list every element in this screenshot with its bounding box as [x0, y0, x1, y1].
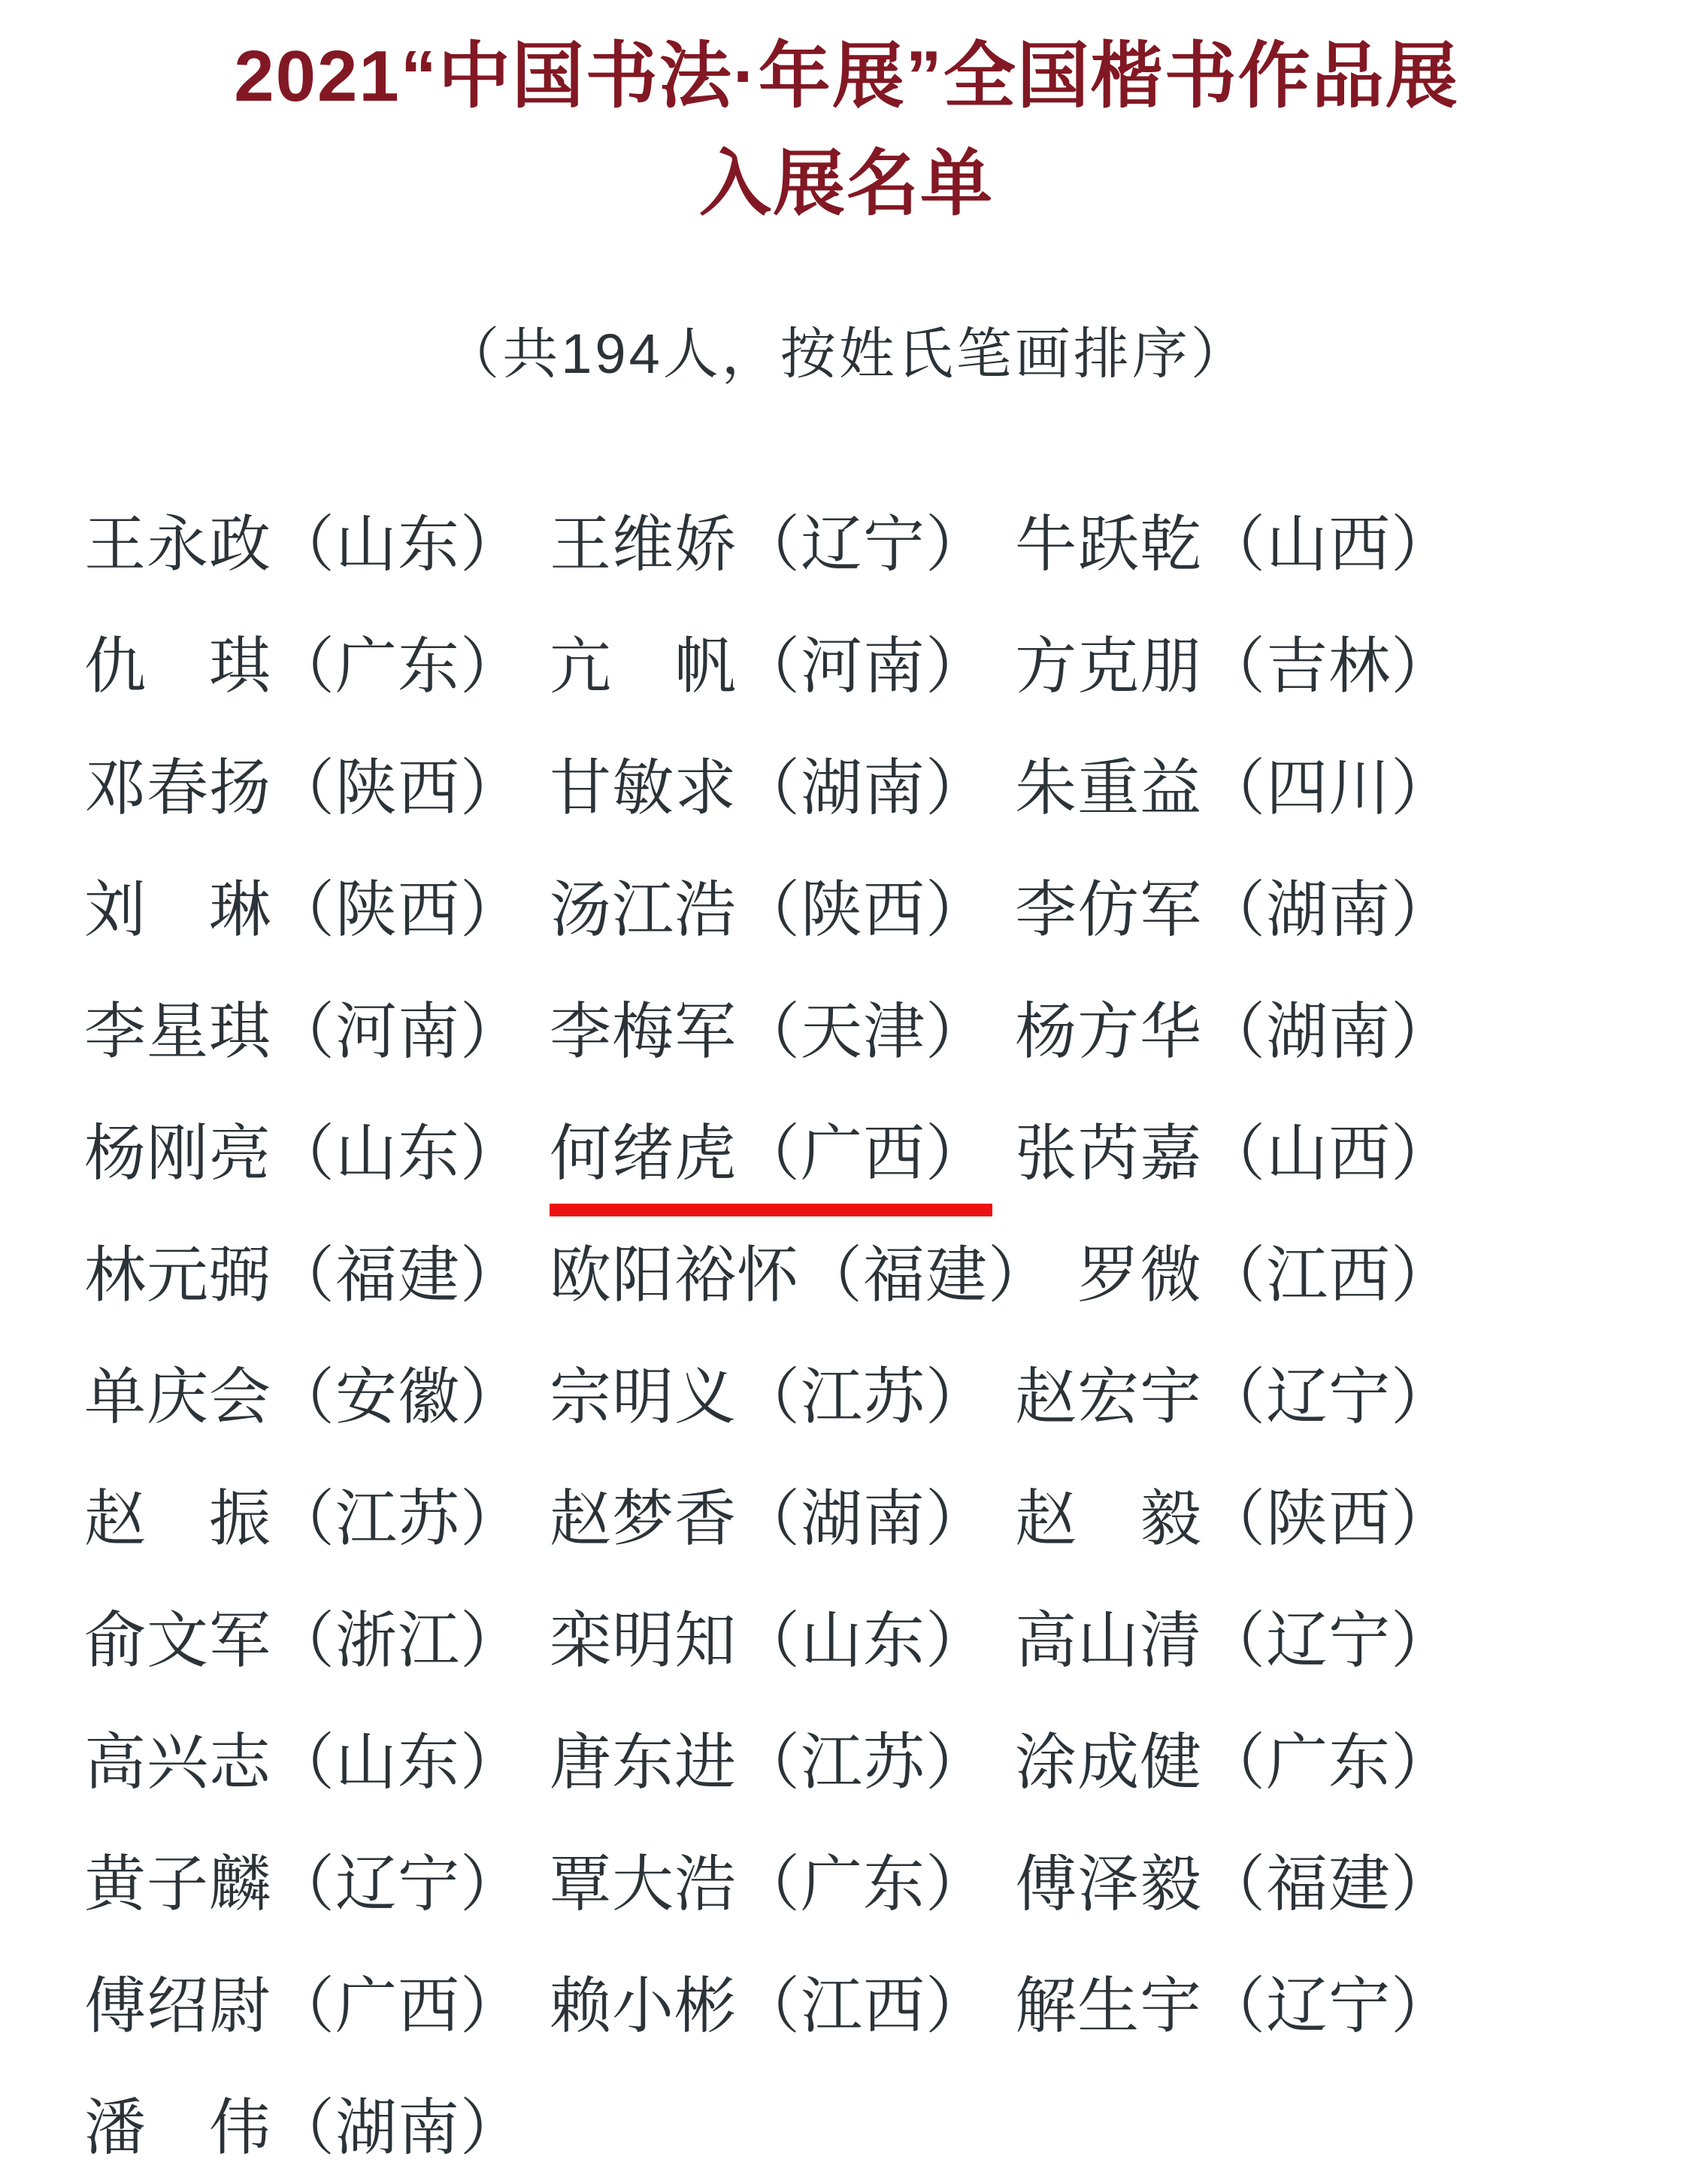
roster-row: 单庆会（安徽）宗明义（江苏）赵宏宇（辽宁） [84, 1331, 1648, 1452]
person-name: 傅绍尉 [84, 1972, 271, 2040]
roster-entry: 唐东进（江苏） [550, 1713, 1015, 1801]
person-name: 唐东进 [550, 1728, 737, 1797]
roster-entry: 宗明义（江苏） [550, 1348, 1015, 1436]
person-name: 亢 帆 [550, 632, 737, 701]
province-label: （辽宁） [1204, 1363, 1453, 1431]
person-name: 赵 毅 [1015, 1485, 1202, 1553]
document-title: 2021“中国书法·年展”全国楷书作品展 入展名单 [0, 23, 1693, 238]
title-line-2: 入展名单 [0, 130, 1693, 238]
roster-entry: 赖小彬（江西） [550, 1957, 1015, 2045]
roster-entry: 朱重益（四川） [1015, 739, 1480, 827]
red-highlight-underline [550, 1204, 992, 1216]
province-label: （广西） [738, 1119, 988, 1188]
person-name: 俞文军 [84, 1607, 271, 1675]
province-label: （福建） [1204, 1850, 1453, 1919]
province-label: （陕西） [273, 754, 522, 822]
province-label: （陕西） [273, 876, 522, 944]
roster-row: 俞文军（浙江）栾明知（山东）高山清（辽宁） [84, 1574, 1648, 1696]
person-name: 高山清 [1015, 1607, 1202, 1675]
roster-entry: 刘 琳（陕西） [84, 861, 550, 949]
person-name: 方克朋 [1015, 632, 1202, 701]
roster: 王永政（山东）王维娇（辽宁）牛跃乾（山西）仇 琪（广东）亢 帆（河南）方克朋（吉… [0, 478, 1693, 2183]
roster-entry: 亢 帆（河南） [550, 617, 1015, 705]
person-name: 杨刚亮 [84, 1119, 271, 1188]
roster-entry: 赵宏宇（辽宁） [1015, 1348, 1480, 1436]
province-label: （山东） [273, 1119, 522, 1188]
roster-entry: 黄子麟（辽宁） [84, 1835, 550, 1923]
roster-row: 赵 振（江苏）赵梦香（湖南）赵 毅（陕西） [84, 1452, 1648, 1574]
roster-entry: 方克朋（吉林） [1015, 617, 1480, 705]
province-label: （辽宁） [1204, 1972, 1453, 2040]
roster-entry: 杨刚亮（山东） [84, 1104, 550, 1192]
person-name: 甘敏求 [550, 754, 737, 822]
roster-entry: 高兴志（山东） [84, 1713, 550, 1801]
roster-entry: 汤江浩（陕西） [550, 861, 1015, 949]
province-label: （福建） [801, 1241, 1050, 1310]
province-label: （陕西） [738, 876, 988, 944]
person-name: 宗明义 [550, 1363, 737, 1431]
person-name: 李仿军 [1015, 876, 1202, 944]
roster-entry: 赵 毅（陕西） [1015, 1470, 1480, 1558]
person-name: 罗微 [1077, 1241, 1202, 1310]
province-label: （四川） [1204, 754, 1453, 822]
roster-entry: 傅绍尉（广西） [84, 1957, 550, 2045]
province-label: （辽宁） [738, 510, 988, 579]
roster-entry: 涂成健（广东） [1015, 1713, 1480, 1801]
province-label: （河南） [273, 998, 522, 1066]
province-label: （天津） [738, 998, 988, 1066]
person-name: 赵 振 [84, 1485, 271, 1553]
roster-entry: 杨方华（湖南） [1015, 983, 1480, 1071]
person-name: 欧阳裕怀 [550, 1241, 799, 1310]
province-label: （湖南） [273, 2094, 522, 2162]
province-label: （广东） [273, 632, 522, 701]
person-name: 仇 琪 [84, 632, 271, 701]
roster-row: 傅绍尉（广西）赖小彬（江西）解生宇（辽宁） [84, 1940, 1648, 2061]
title-line-1: 2021“中国书法·年展”全国楷书作品展 [0, 23, 1693, 130]
roster-row: 杨刚亮（山东）何绪虎（广西）张芮嘉（山西） [84, 1087, 1648, 1209]
province-label: （江苏） [273, 1485, 522, 1553]
person-name: 朱重益 [1015, 754, 1202, 822]
province-label: （广东） [1204, 1728, 1453, 1797]
person-name: 邓春扬 [84, 754, 271, 822]
roster-entry: 张芮嘉（山西） [1015, 1104, 1480, 1192]
province-label: （江西） [1204, 1241, 1453, 1310]
province-label: （吉林） [1204, 632, 1453, 701]
roster-row: 林元弼（福建）欧阳裕怀（福建）罗微（江西） [84, 1209, 1648, 1331]
province-label: （山东） [273, 510, 522, 579]
roster-row: 仇 琪（广东）亢 帆（河南）方克朋（吉林） [84, 600, 1648, 722]
roster-entry: 傅泽毅（福建） [1015, 1835, 1480, 1923]
roster-row: 黄子麟（辽宁）覃大浩（广东）傅泽毅（福建） [84, 1818, 1648, 1940]
roster-entry: 俞文军（浙江） [84, 1592, 550, 1680]
roster-entry: 李梅军（天津） [550, 983, 1015, 1071]
document-subtitle: （共194人，按姓氏笔画排序） [0, 310, 1693, 389]
person-name: 牛跃乾 [1015, 510, 1202, 579]
province-label: （山西） [1204, 510, 1453, 579]
province-label: （山东） [273, 1728, 522, 1797]
person-name: 李梅军 [550, 998, 737, 1066]
roster-row: 潘 伟（湖南） [84, 2061, 1648, 2183]
roster-entry: 赵梦香（湖南） [550, 1470, 1015, 1558]
roster-entry: 王维娇（辽宁） [550, 495, 1015, 583]
province-label: （安徽） [273, 1363, 522, 1431]
person-name: 李星琪 [84, 998, 271, 1066]
roster-entry: 罗微（江西） [1077, 1226, 1531, 1314]
person-name: 张芮嘉 [1015, 1119, 1202, 1188]
person-name: 汤江浩 [550, 876, 737, 944]
person-name: 傅泽毅 [1015, 1850, 1202, 1919]
roster-entry: 甘敏求（湖南） [550, 739, 1015, 827]
roster-row: 高兴志（山东）唐东进（江苏）涂成健（广东） [84, 1696, 1648, 1818]
person-name: 赖小彬 [550, 1972, 737, 2040]
roster-entry: 高山清（辽宁） [1015, 1592, 1480, 1680]
province-label: （广东） [738, 1850, 988, 1919]
person-name: 解生宇 [1015, 1972, 1202, 2040]
person-name: 何绪虎 [550, 1119, 737, 1188]
province-label: （福建） [273, 1241, 522, 1310]
person-name: 单庆会 [84, 1363, 271, 1431]
province-label: （广西） [273, 1972, 522, 2040]
province-label: （江西） [738, 1972, 988, 2040]
province-label: （山东） [738, 1607, 988, 1675]
province-label: （江苏） [738, 1363, 988, 1431]
person-name: 栾明知 [550, 1607, 737, 1675]
person-name: 黄子麟 [84, 1850, 271, 1919]
person-name: 刘 琳 [84, 876, 271, 944]
roster-entry: 解生宇（辽宁） [1015, 1957, 1480, 2045]
roster-row: 邓春扬（陕西）甘敏求（湖南）朱重益（四川） [84, 722, 1648, 844]
person-name: 覃大浩 [550, 1850, 737, 1919]
document-page: 2021“中国书法·年展”全国楷书作品展 入展名单 （共194人，按姓氏笔画排序… [0, 0, 1693, 2184]
person-name: 赵梦香 [550, 1485, 737, 1553]
roster-entry: 栾明知（山东） [550, 1592, 1015, 1680]
province-label: （陕西） [1204, 1485, 1453, 1553]
roster-entry: 李星琪（河南） [84, 983, 550, 1071]
province-label: （辽宁） [273, 1850, 522, 1919]
roster-row: 刘 琳（陕西）汤江浩（陕西）李仿军（湖南） [84, 844, 1648, 965]
person-name: 赵宏宇 [1015, 1363, 1202, 1431]
roster-entry: 邓春扬（陕西） [84, 739, 550, 827]
roster-entry: 林元弼（福建） [84, 1226, 550, 1314]
roster-entry: 李仿军（湖南） [1015, 861, 1480, 949]
roster-entry: 牛跃乾（山西） [1015, 495, 1480, 583]
roster-row: 王永政（山东）王维娇（辽宁）牛跃乾（山西） [84, 478, 1648, 600]
roster-entry: 潘 伟（湖南） [84, 2079, 550, 2167]
province-label: （湖南） [738, 1485, 988, 1553]
person-name: 杨方华 [1015, 998, 1202, 1066]
province-label: （河南） [738, 632, 988, 701]
person-name: 林元弼 [84, 1241, 271, 1310]
roster-entry: 单庆会（安徽） [84, 1348, 550, 1436]
roster-entry: 覃大浩（广东） [550, 1835, 1015, 1923]
province-label: （湖南） [738, 754, 988, 822]
roster-entry: 欧阳裕怀（福建） [550, 1226, 1077, 1314]
province-label: （湖南） [1204, 998, 1453, 1066]
roster-entry: 何绪虎（广西） [550, 1104, 1015, 1192]
roster-entry: 赵 振（江苏） [84, 1470, 550, 1558]
province-label: （湖南） [1204, 876, 1453, 944]
person-name: 王永政 [84, 510, 271, 579]
province-label: （辽宁） [1204, 1607, 1453, 1675]
person-name: 高兴志 [84, 1728, 271, 1797]
person-name: 潘 伟 [84, 2094, 271, 2162]
province-label: （浙江） [273, 1607, 522, 1675]
province-label: （山西） [1204, 1119, 1453, 1188]
person-name: 涂成健 [1015, 1728, 1202, 1797]
province-label: （江苏） [738, 1728, 988, 1797]
person-name: 王维娇 [550, 510, 737, 579]
roster-row: 李星琪（河南）李梅军（天津）杨方华（湖南） [84, 965, 1648, 1087]
roster-entry: 王永政（山东） [84, 495, 550, 583]
roster-entry: 仇 琪（广东） [84, 617, 550, 705]
